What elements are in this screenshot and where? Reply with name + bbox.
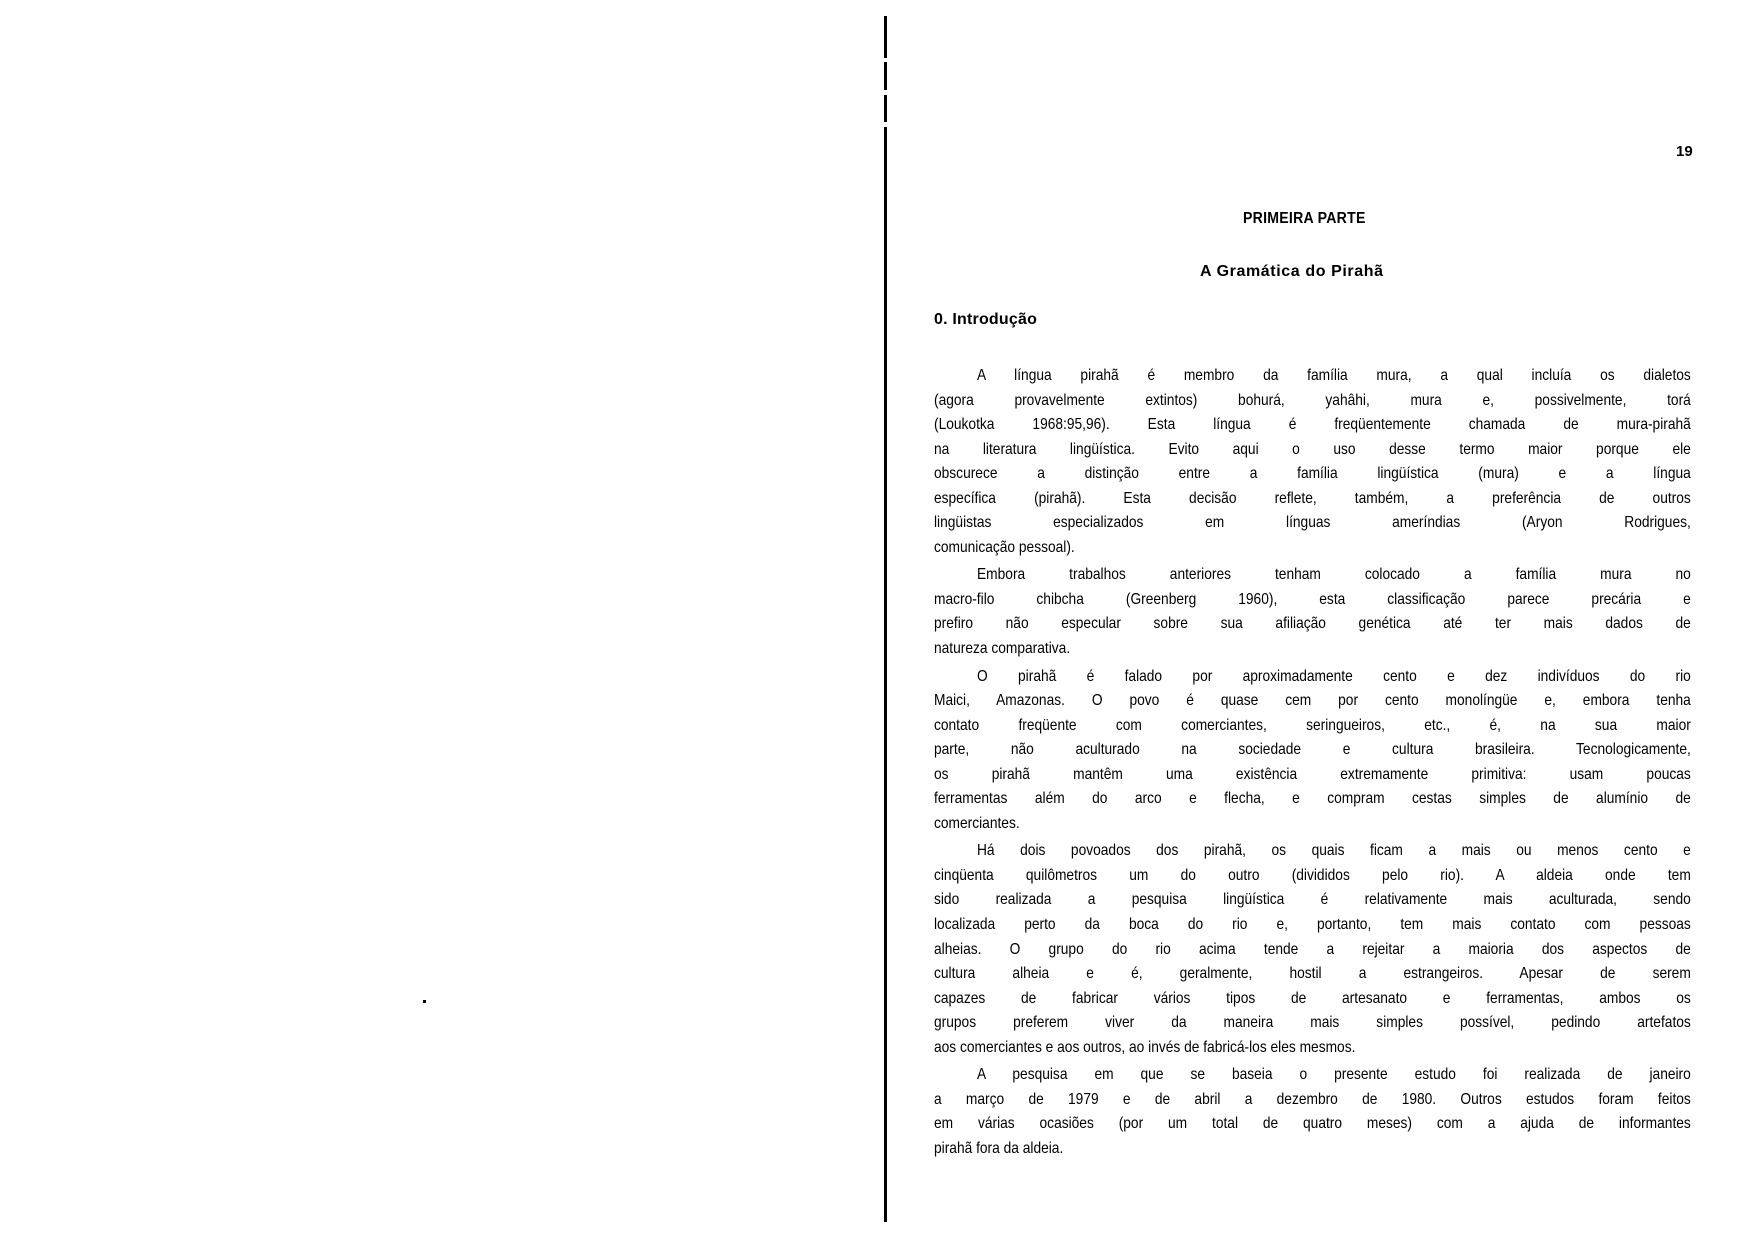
text-line: A pesquisa em que se baseia o presente e… bbox=[934, 1063, 1691, 1088]
paragraph: Embora trabalhos anteriores tenham coloc… bbox=[934, 563, 1691, 661]
text-line: lingüistas especializados em línguas ame… bbox=[934, 511, 1691, 536]
text-line: (Loukotka 1968:95,96). Esta língua é fre… bbox=[934, 413, 1691, 438]
text-line: na literatura lingüística. Evito aqui o … bbox=[934, 438, 1691, 463]
paragraph: O pirahã é falado por aproximadamente ce… bbox=[934, 665, 1691, 837]
text-line: A língua pirahã é membro da família mura… bbox=[934, 364, 1691, 389]
book-title: A Gramática do Pirahã bbox=[1200, 263, 1384, 281]
part-title: PRIMEIRA PARTE bbox=[1243, 210, 1366, 228]
text-line: cultura alheia e é, geralmente, hostil a… bbox=[934, 962, 1691, 987]
text-line: macro-filo chibcha (Greenberg 1960), est… bbox=[934, 588, 1691, 613]
spine-gap bbox=[884, 58, 887, 62]
text-line: sido realizada a pesquisa lingüística é … bbox=[934, 888, 1691, 913]
text-line: natureza comparativa. bbox=[934, 637, 1691, 662]
text-line: localizada perto da boca do rio e, porta… bbox=[934, 913, 1691, 938]
text-line: os pirahã mantêm uma existência extremam… bbox=[934, 763, 1691, 788]
text-line: comunicação pessoal). bbox=[934, 536, 1691, 561]
page-number: 19 bbox=[1676, 143, 1693, 160]
text-line: prefiro não especular sobre sua afiliaçã… bbox=[934, 612, 1691, 637]
spine-gap bbox=[884, 122, 887, 127]
text-line: Maici, Amazonas. O povo é quase cem por … bbox=[934, 689, 1691, 714]
text-line: Embora trabalhos anteriores tenham coloc… bbox=[934, 563, 1691, 588]
text-line: Há dois povoados dos pirahã, os quais fi… bbox=[934, 839, 1691, 864]
spine-gap bbox=[884, 90, 887, 95]
text-line: cinqüenta quilômetros um do outro (divid… bbox=[934, 864, 1691, 889]
text-line: contato freqüente com comerciantes, seri… bbox=[934, 714, 1691, 739]
book-spine-line bbox=[884, 16, 887, 1222]
text-line: comerciantes. bbox=[934, 812, 1691, 837]
text-line: pirahã fora da aldeia. bbox=[934, 1137, 1691, 1162]
text-line: O pirahã é falado por aproximadamente ce… bbox=[934, 665, 1691, 690]
text-line: específica (pirahã). Esta decisão reflet… bbox=[934, 487, 1691, 512]
text-line: ferramentas além do arco e flecha, e com… bbox=[934, 787, 1691, 812]
text-line: grupos preferem viver da maneira mais si… bbox=[934, 1011, 1691, 1036]
text-line: em várias ocasiões (por um total de quat… bbox=[934, 1112, 1691, 1137]
body-text: A língua pirahã é membro da família mura… bbox=[934, 364, 1691, 1162]
paragraph: A língua pirahã é membro da família mura… bbox=[934, 364, 1691, 560]
scan-speck bbox=[423, 1000, 426, 1003]
text-line: capazes de fabricar vários tipos de arte… bbox=[934, 987, 1691, 1012]
text-line: obscurece a distinção entre a família li… bbox=[934, 462, 1691, 487]
text-line: parte, não aculturado na sociedade e cul… bbox=[934, 738, 1691, 763]
text-line: aos comerciantes e aos outros, ao invés … bbox=[934, 1036, 1691, 1061]
text-line: alheias. O grupo do rio acima tende a re… bbox=[934, 938, 1691, 963]
text-line: (agora provavelmente extintos) bohurá, y… bbox=[934, 389, 1691, 414]
section-title: 0. Introdução bbox=[934, 311, 1037, 329]
paragraph: Há dois povoados dos pirahã, os quais fi… bbox=[934, 839, 1691, 1060]
text-line: a março de 1979 e de abril a dezembro de… bbox=[934, 1088, 1691, 1113]
paragraph: A pesquisa em que se baseia o presente e… bbox=[934, 1063, 1691, 1161]
